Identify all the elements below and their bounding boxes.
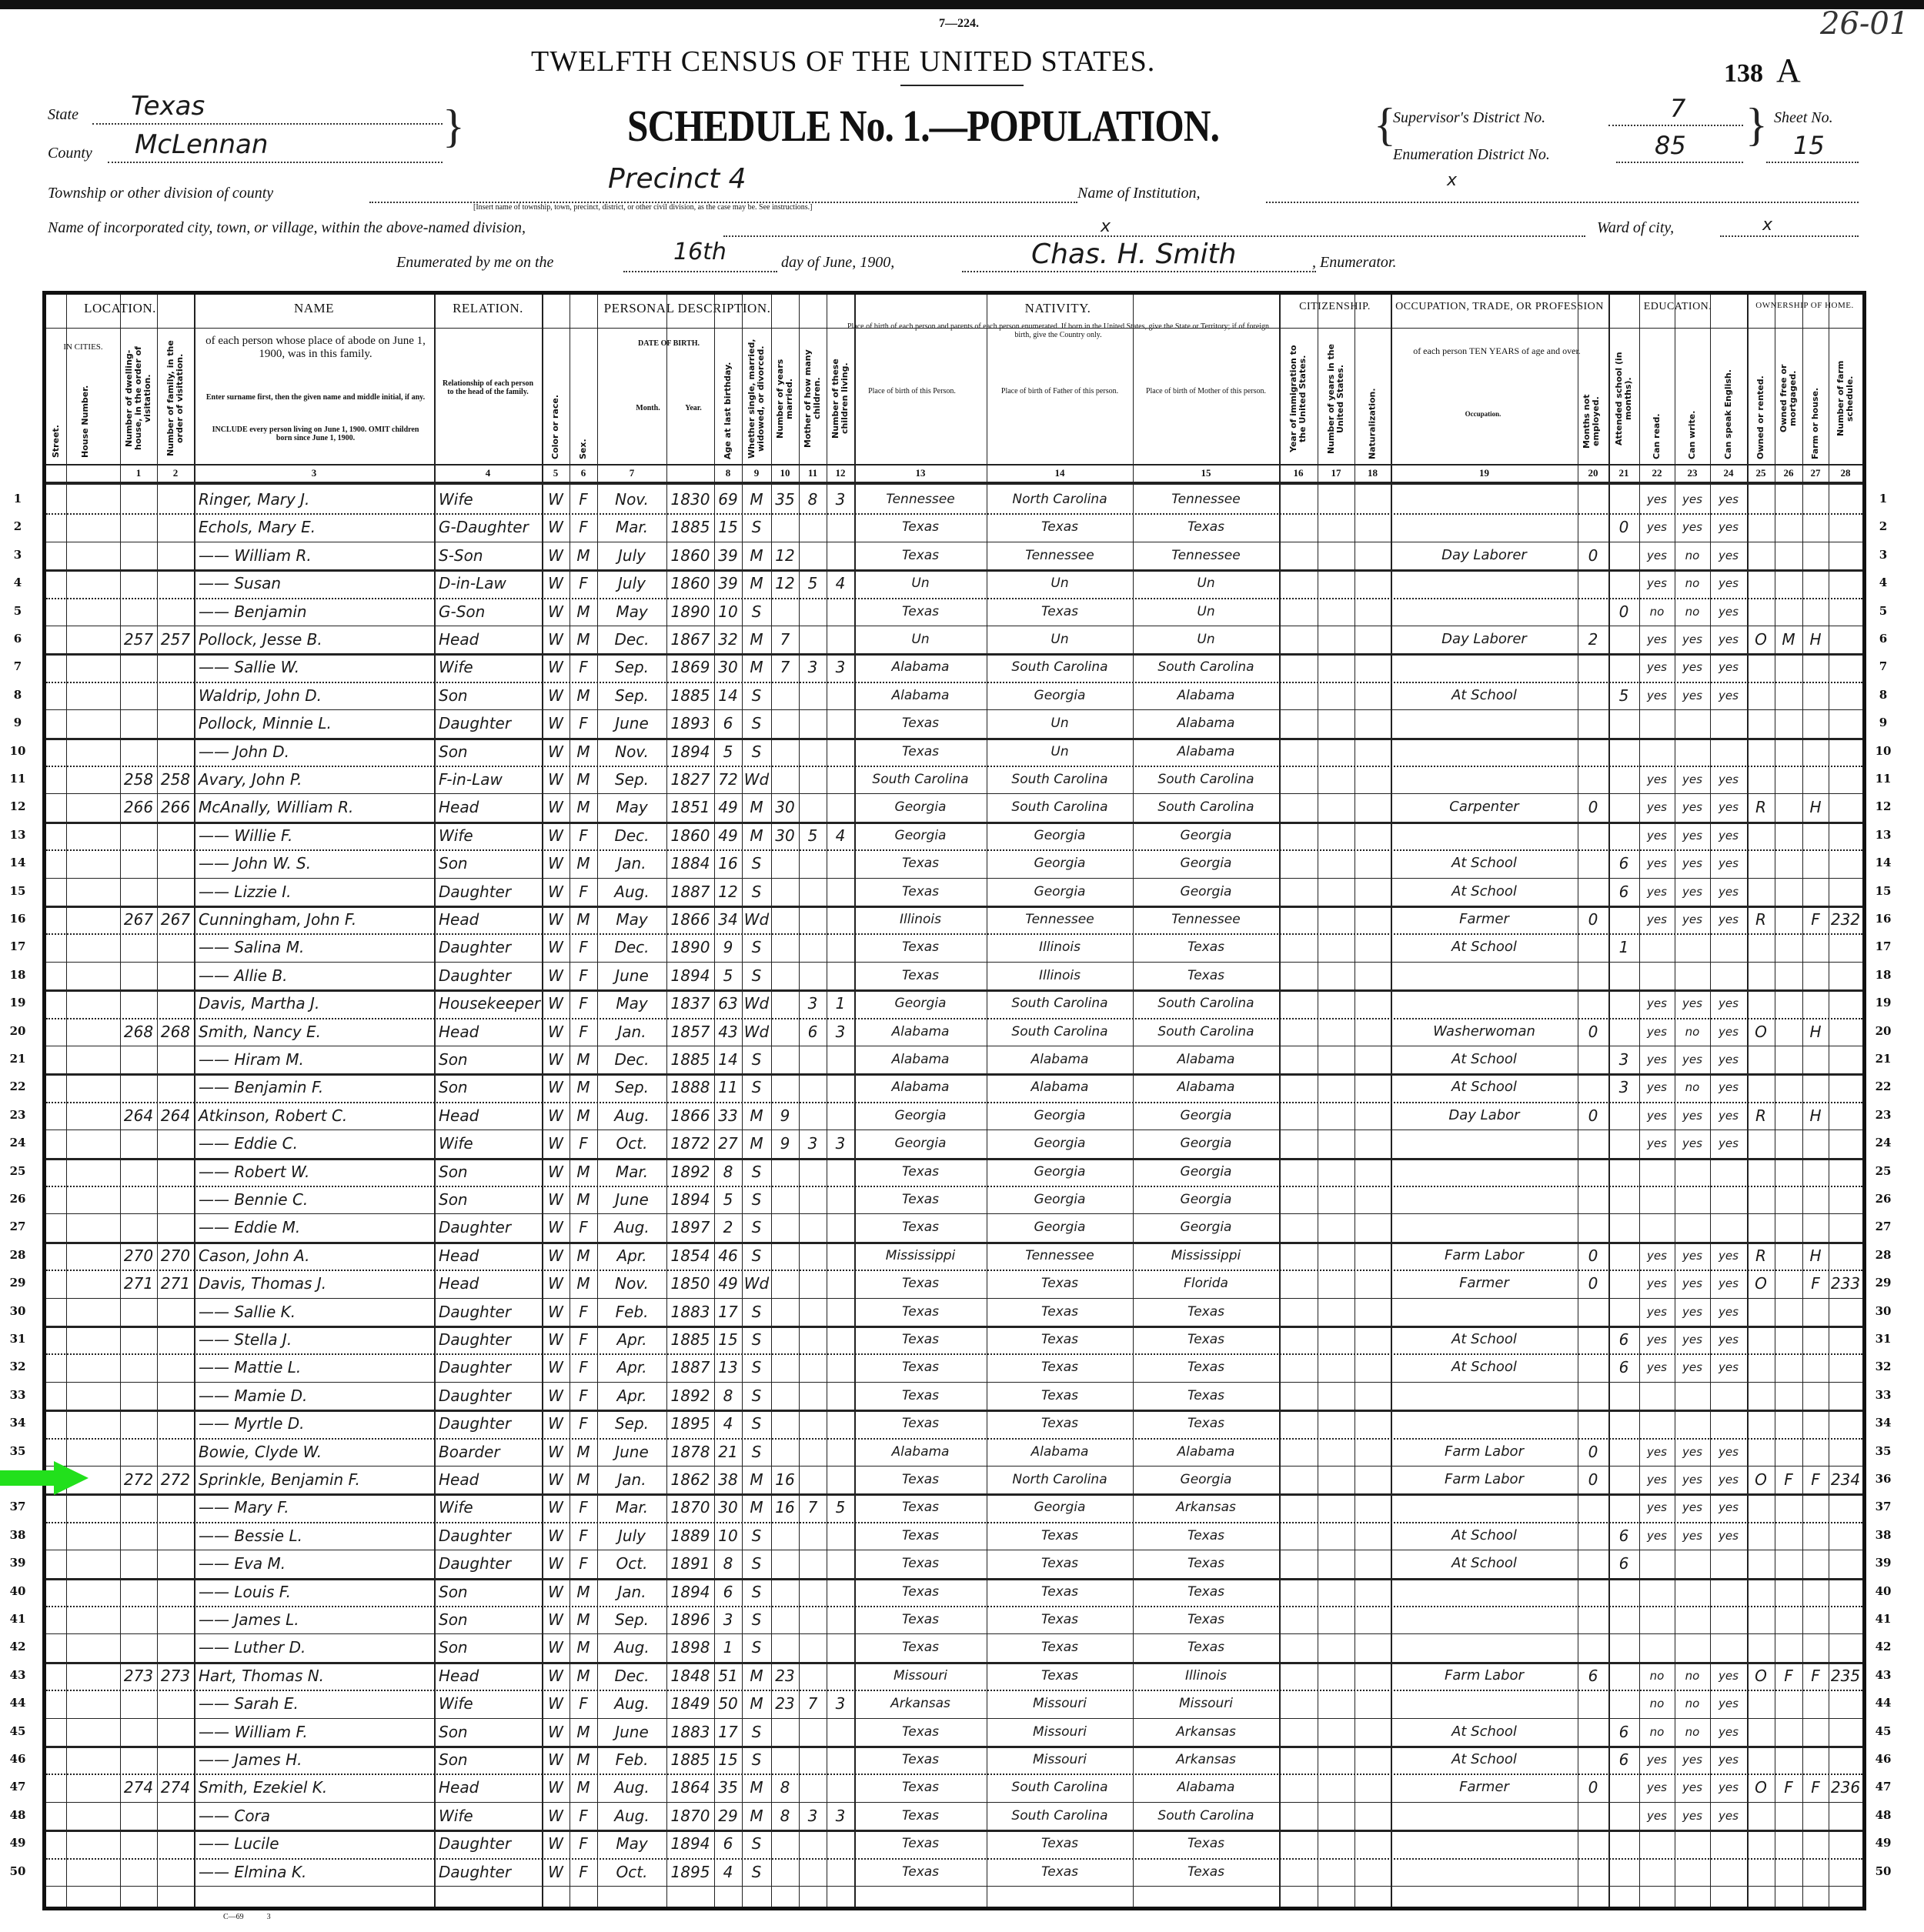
sex-cell: M — [570, 1158, 597, 1186]
sheet-label: Sheet No. — [1774, 109, 1833, 127]
farm-schedule-number-cell — [1829, 1438, 1862, 1466]
township-value[interactable]: Precinct 4 — [608, 163, 747, 195]
occupation-cell — [1391, 1690, 1578, 1717]
owned-free-mortgaged-cell — [1775, 1410, 1802, 1437]
farm-schedule-number-cell — [1829, 989, 1862, 1017]
owned-rented-cell — [1747, 1830, 1775, 1857]
family-number-cell: 273 — [157, 1662, 194, 1690]
owned-free-mortgaged-cell — [1775, 1802, 1802, 1830]
table-row[interactable]: Ringer, Mary J.WifeWFNov.183069M3583Tenn… — [46, 486, 1862, 513]
can-speak-english-cell: yes — [1710, 1802, 1747, 1830]
color-race-cell: W — [542, 1158, 570, 1186]
months-unemployed-cell — [1578, 878, 1608, 906]
owned-rented-cell: R — [1747, 1242, 1775, 1270]
mother-of-children-cell — [799, 1466, 827, 1493]
mother-of-children-cell — [799, 1522, 827, 1550]
table-row[interactable]: —— William F.SonWMJune188317STexasMissou… — [46, 1718, 1862, 1746]
table-row[interactable]: —— John D.SonWMNov.18945STexasUnAlabama — [46, 738, 1862, 766]
owned-free-mortgaged-cell — [1775, 1298, 1802, 1326]
farm-or-house-cell — [1802, 1690, 1829, 1717]
table-row[interactable]: —— Sarah E.WifeWFAug.184950M2373Arkansas… — [46, 1690, 1862, 1717]
table-row[interactable]: —— CoraWifeWFAug.187029M833TexasSouth Ca… — [46, 1802, 1862, 1830]
person-name-cell: Pollock, Jesse B. — [194, 626, 439, 653]
can-write-cell — [1675, 1633, 1710, 1661]
farm-or-house-cell: F — [1802, 1270, 1829, 1297]
table-row[interactable]: —— Eddie M.DaughterWFAug.18972STexasGeor… — [46, 1213, 1862, 1241]
birthplace-person-cell: Texas — [854, 738, 987, 766]
color-race-cell: W — [542, 1633, 570, 1661]
row-number-right: 6 — [1872, 632, 1895, 646]
person-name-cell: —— Sallie W. — [194, 653, 439, 681]
owned-free-mortgaged-cell: F — [1775, 1466, 1802, 1493]
state-line — [92, 123, 443, 125]
farm-or-house-cell — [1802, 1802, 1829, 1830]
birth-month-cell: Sep. — [597, 1410, 666, 1437]
table-row[interactable]: —— Willie F.WifeWFDec.186049M3054Georgia… — [46, 822, 1862, 849]
family-number-cell — [157, 653, 194, 681]
birthplace-father-cell: Texas — [987, 1830, 1133, 1857]
can-speak-english-cell — [1710, 1213, 1747, 1241]
age-cell: 30 — [714, 653, 742, 681]
table-row[interactable]: —— Bessie L.DaughterWFJuly188910STexasTe… — [46, 1522, 1862, 1550]
table-row[interactable]: —— Allie B.DaughterWFJune18945STexasIlli… — [46, 962, 1862, 989]
table-row[interactable]: Bowie, Clyde W.BoarderWMJune187821SAlaba… — [46, 1438, 1862, 1466]
marital-status-cell: S — [742, 1186, 771, 1213]
birthplace-person-cell: Alabama — [854, 682, 987, 709]
owned-rented-cell — [1747, 849, 1775, 877]
can-speak-english-cell: yes — [1710, 542, 1747, 569]
can-write-cell: no — [1675, 542, 1710, 569]
can-speak-english-cell: yes — [1710, 1353, 1747, 1381]
mother-of-children-cell — [799, 1213, 827, 1241]
birthplace-person-cell: Texas — [854, 1858, 987, 1886]
table-row[interactable]: 267267Cunningham, John F.HeadWMMay186634… — [46, 906, 1862, 933]
table-row[interactable]: —— James L.SonWMSep.18963STexasTexasTexa… — [46, 1606, 1862, 1633]
months-unemployed-cell — [1578, 513, 1608, 541]
table-row[interactable]: 268268Smith, Nancy E.HeadWFJan.185743Wd6… — [46, 1018, 1862, 1046]
farm-or-house-cell — [1802, 1606, 1829, 1633]
birth-year-cell: 1830 — [666, 486, 714, 513]
vheader-years-in-us: Number of years in the United States. — [1318, 333, 1354, 464]
owned-rented-cell: R — [1747, 906, 1775, 933]
birthplace-mother-cell: Texas — [1133, 1550, 1279, 1577]
birthplace-father-cell: Tennessee — [987, 1242, 1133, 1270]
birthplace-person-cell: Mississippi — [854, 1242, 987, 1270]
column-number: 26 — [1775, 467, 1802, 479]
birthplace-father-cell: Alabama — [987, 1073, 1133, 1101]
sex-cell: M — [570, 849, 597, 877]
enumerated-day[interactable]: 16th — [673, 239, 727, 265]
children-living-cell — [827, 906, 854, 933]
birthplace-person-cell: Texas — [854, 1606, 987, 1633]
months-unemployed-cell: 0 — [1578, 1242, 1608, 1270]
birth-month-cell: May — [597, 906, 666, 933]
table-row[interactable]: —— Mamie D.DaughterWFApr.18928STexasTexa… — [46, 1382, 1862, 1410]
vheader-months-unemployed: Months not employed. — [1578, 379, 1605, 464]
birthplace-father-cell: Illinois — [987, 962, 1133, 989]
family-number-cell — [157, 822, 194, 849]
farm-or-house-cell — [1802, 766, 1829, 793]
family-number-cell — [157, 1522, 194, 1550]
family-number-cell: 271 — [157, 1270, 194, 1297]
birth-year-cell: 1857 — [666, 1018, 714, 1046]
enumeration-value[interactable]: 85 — [1655, 131, 1686, 160]
table-row[interactable]: 272272Sprinkle, Benjamin F.HeadWMJan.186… — [46, 1466, 1862, 1493]
birth-month-cell: June — [597, 1718, 666, 1746]
birthplace-mother-cell: Texas — [1133, 1858, 1279, 1886]
attended-school-cell — [1608, 1830, 1639, 1857]
table-row[interactable]: —— SusanD-in-LawWFJuly186039M1254UnUnUny… — [46, 569, 1862, 597]
birthplace-mother-cell: Alabama — [1133, 738, 1279, 766]
person-name-cell: —— Susan — [194, 569, 439, 597]
mother-of-children-cell: 3 — [799, 989, 827, 1017]
ward-line — [1720, 235, 1859, 237]
attended-school-cell: 0 — [1608, 598, 1639, 626]
can-read-cell: yes — [1639, 793, 1675, 821]
can-write-cell — [1675, 1606, 1710, 1633]
relation-cell: Wife — [434, 486, 546, 513]
family-number-cell — [157, 1830, 194, 1857]
can-speak-english-cell: yes — [1710, 1438, 1747, 1466]
family-number-cell — [157, 1213, 194, 1241]
table-row[interactable]: —— James H.SonWMFeb.188515STexasMissouri… — [46, 1746, 1862, 1774]
supervisor-value[interactable]: 7 — [1670, 94, 1685, 123]
birth-month-cell: Aug. — [597, 1102, 666, 1130]
birthplace-father-cell: Texas — [987, 513, 1133, 541]
birth-year-cell: 1898 — [666, 1633, 714, 1661]
birthplace-mother-cell: Arkansas — [1133, 1493, 1279, 1521]
person-name-cell: —— Bennie C. — [194, 1186, 439, 1213]
owned-free-mortgaged-cell — [1775, 1018, 1802, 1046]
mother-of-children-cell: 7 — [799, 1690, 827, 1717]
birthplace-father-cell: Texas — [987, 1578, 1133, 1606]
table-row[interactable]: —— Salina M.DaughterWFDec.18909STexasIll… — [46, 933, 1862, 961]
occupation-cell — [1391, 1606, 1578, 1633]
table-row[interactable]: —— Myrtle D.DaughterWFSep.18954STexasTex… — [46, 1410, 1862, 1437]
pob-father-label: Place of birth of Father of this person. — [987, 387, 1133, 395]
birth-month-cell: June — [597, 1438, 666, 1466]
owned-free-mortgaged-cell — [1775, 849, 1802, 877]
dwelling-number-cell — [120, 849, 157, 877]
row-number-right: 14 — [1872, 856, 1895, 869]
dwelling-number-cell: 258 — [120, 766, 157, 793]
can-speak-english-cell — [1710, 738, 1747, 766]
birthplace-mother-cell: Georgia — [1133, 1186, 1279, 1213]
farm-or-house-cell — [1802, 1633, 1829, 1661]
institution-value[interactable]: x — [1447, 171, 1457, 190]
years-married-cell — [771, 1270, 799, 1297]
can-write-cell: no — [1675, 1073, 1710, 1101]
table-row[interactable]: —— Elmina K.DaughterWFOct.18954STexasTex… — [46, 1858, 1862, 1886]
person-name-cell: Waldrip, John D. — [194, 682, 439, 709]
person-name-cell: —— Luther D. — [194, 1633, 439, 1661]
title-rule — [900, 85, 1024, 86]
children-living-cell — [827, 1186, 854, 1213]
owned-free-mortgaged-cell — [1775, 709, 1802, 737]
table-row[interactable]: —— Luther D.SonWMAug.18981STexasTexasTex… — [46, 1633, 1862, 1661]
age-cell: 69 — [714, 486, 742, 513]
table-row[interactable]: —— Eva M.DaughterWFOct.18918STexasTexasT… — [46, 1550, 1862, 1577]
sex-cell: M — [570, 1438, 597, 1466]
occupation-cell — [1391, 1130, 1578, 1157]
table-row[interactable]: —— Hiram M.SonWMDec.188514SAlabamaAlabam… — [46, 1046, 1862, 1073]
owned-free-mortgaged-cell — [1775, 682, 1802, 709]
birth-year-cell: 1848 — [666, 1662, 714, 1690]
table-row[interactable]: 273273Hart, Thomas N.HeadWMDec.184851M23… — [46, 1662, 1862, 1690]
color-race-cell: W — [542, 1662, 570, 1690]
birthplace-person-cell: Texas — [854, 1718, 987, 1746]
table-row[interactable]: —— Stella J.DaughterWFApr.188515STexasTe… — [46, 1326, 1862, 1353]
attended-school-cell — [1608, 766, 1639, 793]
can-speak-english-cell: yes — [1710, 598, 1747, 626]
owned-free-mortgaged-cell — [1775, 1102, 1802, 1130]
can-write-cell — [1675, 1550, 1710, 1577]
owned-free-mortgaged-cell — [1775, 1858, 1802, 1886]
can-speak-english-cell: yes — [1710, 1130, 1747, 1157]
table-row[interactable]: 266266McAnally, William R.HeadWMMay18514… — [46, 793, 1862, 821]
state-value[interactable]: Texas — [131, 91, 205, 122]
table-row[interactable]: —— Mary F.WifeWFMar.187030M1675TexasGeor… — [46, 1493, 1862, 1521]
column-rule — [1279, 295, 1281, 1907]
row-number-left: 26 — [6, 1192, 29, 1206]
table-row[interactable]: —— John W. S.SonWMJan.188416STexasGeorgi… — [46, 849, 1862, 877]
owned-free-mortgaged-cell — [1775, 1522, 1802, 1550]
row-number-left: 21 — [6, 1052, 29, 1066]
owned-rented-cell — [1747, 1353, 1775, 1381]
table-row[interactable]: —— Sallie W.WifeWFSep.186930M733AlabamaS… — [46, 653, 1862, 681]
sheet-value[interactable]: 15 — [1793, 131, 1825, 160]
birthplace-mother-cell: Tennessee — [1133, 906, 1279, 933]
relation-cell: Head — [434, 1270, 546, 1297]
birthplace-person-cell: Texas — [854, 542, 987, 569]
owned-rented-cell — [1747, 569, 1775, 597]
table-row[interactable]: 257257Pollock, Jesse B.HeadWMDec.186732M… — [46, 626, 1862, 653]
can-write-cell: yes — [1675, 653, 1710, 681]
birthplace-father-cell: Texas — [987, 1633, 1133, 1661]
birthplace-person-cell: Texas — [854, 709, 987, 737]
table-row[interactable]: —— LucileDaughterWFMay18946STexasTexasTe… — [46, 1830, 1862, 1857]
table-row[interactable]: —— Eddie C.WifeWFOct.187227M933GeorgiaGe… — [46, 1130, 1862, 1157]
farm-schedule-number-cell — [1829, 849, 1862, 877]
column-number: 24 — [1710, 467, 1747, 479]
table-row[interactable]: —— Louis F.SonWMJan.18946STexasTexasTexa… — [46, 1578, 1862, 1606]
children-living-cell: 1 — [827, 989, 854, 1017]
can-read-cell: yes — [1639, 486, 1675, 513]
column-number: 15 — [1133, 467, 1279, 479]
row-number-left: 15 — [6, 884, 29, 898]
table-row[interactable]: —— Bennie C.SonWMJune18945STexasGeorgiaG… — [46, 1186, 1862, 1213]
birth-month-cell: Aug. — [597, 1774, 666, 1801]
table-row[interactable]: Echols, Mary E.G-DaughterWFMar.188515STe… — [46, 513, 1862, 541]
township-note: [Insert name of township, town, precinct… — [473, 203, 812, 212]
person-name-cell: —— Willie F. — [194, 822, 439, 849]
row-number-left: 24 — [6, 1136, 29, 1150]
mother-of-children-cell: 6 — [799, 1018, 827, 1046]
occupation-cell: At School — [1391, 1718, 1578, 1746]
can-read-cell: yes — [1639, 1130, 1675, 1157]
birthplace-person-cell: Texas — [854, 1410, 987, 1437]
family-number-cell: 267 — [157, 906, 194, 933]
birthplace-father-cell: Georgia — [987, 1102, 1133, 1130]
enumerator-signature[interactable]: Chas. H. Smith — [1031, 239, 1236, 270]
attended-school-cell — [1608, 962, 1639, 989]
farm-schedule-number-cell: 233 — [1829, 1270, 1862, 1297]
row-number-right: 48 — [1872, 1808, 1895, 1822]
marital-status-cell: M — [742, 486, 771, 513]
birthplace-father-cell: Georgia — [987, 1493, 1133, 1521]
occupation-cell: Washerwoman — [1391, 1018, 1578, 1046]
family-number-cell — [157, 1382, 194, 1410]
table-row[interactable]: —— Sallie K.DaughterWFFeb.188317STexasTe… — [46, 1298, 1862, 1326]
can-read-cell: yes — [1639, 1353, 1675, 1381]
table-row[interactable]: 274274Smith, Ezekiel K.HeadWMAug.186435M… — [46, 1774, 1862, 1801]
farm-schedule-number-cell — [1829, 1213, 1862, 1241]
birthplace-father-cell: South Carolina — [987, 989, 1133, 1017]
birth-year-cell: 1866 — [666, 906, 714, 933]
children-living-cell: 3 — [827, 1802, 854, 1830]
print-code-text: C—69 — [223, 1913, 244, 1921]
column-number: 13 — [854, 467, 987, 479]
color-race-cell: W — [542, 822, 570, 849]
family-number-cell — [157, 682, 194, 709]
color-race-cell: W — [542, 1353, 570, 1381]
months-unemployed-cell — [1578, 989, 1608, 1017]
table-row[interactable]: —— Lizzie I.DaughterWFAug.188712STexasGe… — [46, 878, 1862, 906]
can-read-cell: no — [1639, 598, 1675, 626]
column-rule — [1639, 295, 1640, 1907]
row-number-right: 44 — [1872, 1696, 1895, 1710]
person-name-cell: —— John D. — [194, 738, 439, 766]
sex-cell: M — [570, 1746, 597, 1774]
children-living-cell — [827, 1466, 854, 1493]
attended-school-cell — [1608, 1213, 1639, 1241]
can-write-cell: yes — [1675, 1270, 1710, 1297]
farm-or-house-cell — [1802, 513, 1829, 541]
owned-free-mortgaged-cell — [1775, 793, 1802, 821]
farm-or-house-cell — [1802, 1353, 1829, 1381]
farm-or-house-cell — [1802, 486, 1829, 513]
mother-of-children-cell — [799, 1158, 827, 1186]
relation-cell: Daughter — [434, 1522, 546, 1550]
owned-rented-cell — [1747, 1073, 1775, 1101]
birthplace-mother-cell: Texas — [1133, 513, 1279, 541]
table-row[interactable]: 264264Atkinson, Robert C.HeadWMAug.18663… — [46, 1102, 1862, 1130]
sex-cell: F — [570, 1802, 597, 1830]
column-rule — [570, 295, 570, 1907]
row-number-right: 45 — [1872, 1724, 1895, 1738]
birthplace-mother-cell: South Carolina — [1133, 989, 1279, 1017]
vheader-family: Number of family, in the order of visita… — [157, 333, 194, 464]
dwelling-number-cell — [120, 1606, 157, 1633]
can-write-cell: yes — [1675, 989, 1710, 1017]
city-value[interactable]: x — [1101, 217, 1111, 236]
dwelling-number-cell — [120, 1438, 157, 1466]
birthplace-father-cell: Texas — [987, 1662, 1133, 1690]
table-row[interactable]: —— Benjamin F.SonWMSep.188811SAlabamaAla… — [46, 1073, 1862, 1101]
marital-status-cell: S — [742, 1746, 771, 1774]
marital-status-cell: S — [742, 1326, 771, 1353]
marital-status-cell: S — [742, 1578, 771, 1606]
row-number-left: 25 — [6, 1164, 29, 1178]
mother-of-children-cell — [799, 766, 827, 793]
supervisor-line — [1608, 125, 1743, 126]
can-read-cell: yes — [1639, 569, 1675, 597]
birthplace-mother-cell: South Carolina — [1133, 793, 1279, 821]
column-rule — [542, 295, 543, 1907]
color-race-cell: W — [542, 1186, 570, 1213]
relation-cell: Head — [434, 793, 546, 821]
person-name-cell: Cunningham, John F. — [194, 906, 439, 933]
table-row[interactable]: 258258Avary, John P.F-in-LawWMSep.182772… — [46, 766, 1862, 793]
table-row[interactable]: Davis, Martha J.HousekeeperWFMay183763Wd… — [46, 989, 1862, 1017]
table-row[interactable]: —— Robert W.SonWMMar.18928STexasGeorgiaG… — [46, 1158, 1862, 1186]
table-row[interactable]: —— Mattie L.DaughterWFApr.188713STexasTe… — [46, 1353, 1862, 1381]
ward-value[interactable]: x — [1762, 215, 1772, 235]
can-write-cell — [1675, 1158, 1710, 1186]
row-number-left: 50 — [6, 1864, 29, 1878]
sex-cell: F — [570, 513, 597, 541]
row-number-right: 36 — [1872, 1472, 1895, 1486]
county-value[interactable]: McLennan — [135, 129, 268, 160]
mother-of-children-cell — [799, 1073, 827, 1101]
birth-month-cell: Dec. — [597, 822, 666, 849]
city-label: Name of incorporated city, town, or vill… — [48, 219, 526, 237]
table-row[interactable]: 270270Cason, John A.HeadWMApr.185446SMis… — [46, 1242, 1862, 1270]
family-number-cell — [157, 878, 194, 906]
vheader-street: Street. — [46, 362, 66, 462]
column-rule — [799, 295, 800, 1907]
farm-or-house-cell: F — [1802, 1774, 1829, 1801]
color-race-cell: W — [542, 1242, 570, 1270]
attended-school-cell: 6 — [1608, 878, 1639, 906]
mother-of-children-cell: 3 — [799, 1802, 827, 1830]
row-number-left: 42 — [6, 1640, 29, 1653]
years-married-cell — [771, 933, 799, 961]
schedule-title: SCHEDULE No. 1.—POPULATION. — [627, 100, 1219, 152]
table-row[interactable]: —— BenjaminG-SonWMMay189010STexasTexasUn… — [46, 598, 1862, 626]
farm-or-house-cell — [1802, 878, 1829, 906]
table-row[interactable]: Pollock, Minnie L.DaughterWFJune18936STe… — [46, 709, 1862, 737]
occupation-cell — [1391, 513, 1578, 541]
row-number-right: 5 — [1872, 604, 1895, 618]
can-speak-english-cell: yes — [1710, 626, 1747, 653]
owned-rented-cell: O — [1747, 1662, 1775, 1690]
column-number: 27 — [1802, 467, 1829, 479]
table-row[interactable]: Waldrip, John D.SonWMSep.188514SAlabamaG… — [46, 682, 1862, 709]
table-row[interactable]: 271271Davis, Thomas J.HeadWMNov.185049Wd… — [46, 1270, 1862, 1297]
months-unemployed-cell — [1578, 1410, 1608, 1437]
occupation-cell — [1391, 1213, 1578, 1241]
owned-free-mortgaged-cell — [1775, 878, 1802, 906]
owned-rented-cell — [1747, 1046, 1775, 1073]
can-speak-english-cell — [1710, 1382, 1747, 1410]
relation-cell: Daughter — [434, 962, 546, 989]
birthplace-mother-cell: Arkansas — [1133, 1746, 1279, 1774]
can-write-cell: no — [1675, 569, 1710, 597]
vheader-house-number: House Number. — [66, 362, 105, 462]
age-cell: 30 — [714, 1493, 742, 1521]
sex-cell: F — [570, 1130, 597, 1157]
person-name-cell: —— Hiram M. — [194, 1046, 439, 1073]
color-race-cell: W — [542, 1690, 570, 1717]
dwelling-number-cell — [120, 1802, 157, 1830]
birth-month-cell: Sep. — [597, 1073, 666, 1101]
birth-month-cell: Jan. — [597, 1578, 666, 1606]
can-write-cell — [1675, 709, 1710, 737]
sex-cell: F — [570, 1382, 597, 1410]
table-row[interactable]: —— William R.S-SonWMJuly186039M12TexasTe… — [46, 542, 1862, 569]
birth-month-cell: Jan. — [597, 1018, 666, 1046]
